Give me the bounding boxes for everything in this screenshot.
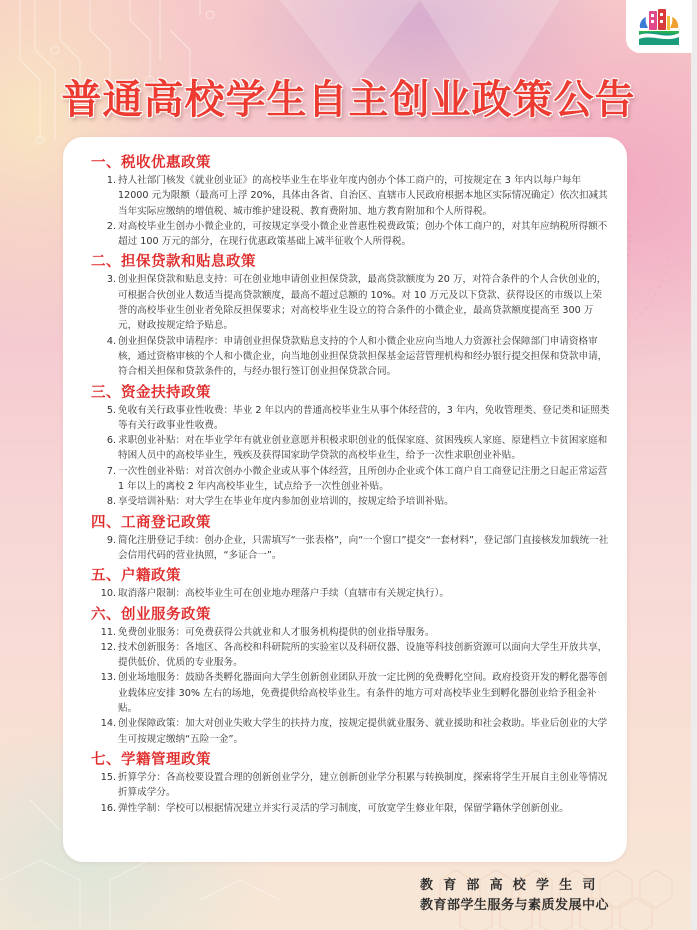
- policy-card: 一、税收优惠政策 1.持人社部门核发《就业创业证》的高校毕业生在毕业年度内创办个…: [63, 137, 627, 862]
- section-household: 五、户籍政策 10.取消落户限制：高校毕业生可在创业地办理落户手续（直辖市有关规…: [91, 568, 611, 601]
- item-number: 2.: [91, 219, 116, 234]
- section-registration: 四、工商登记政策 9.简化注册登记手续：创办企业，只需填写“一张表格”，向“一个…: [91, 515, 611, 564]
- section-tax: 一、税收优惠政策 1.持人社部门核发《就业创业证》的高校毕业生在毕业年度内创办个…: [91, 155, 611, 249]
- item-number: 12.: [91, 640, 116, 655]
- item-number: 15.: [91, 770, 116, 785]
- item-number: 5.: [91, 403, 116, 418]
- item-text: 技术创新服务：各地区、各高校和科研院所的实验室以及科研仪器、设施等科技创新资源可…: [118, 640, 611, 671]
- item-text: 取消落户限制：高校毕业生可在创业地办理落户手续（直辖市有关规定执行）。: [118, 586, 611, 601]
- list-item: 2.对高校毕业生创办小微企业的，可按规定享受小微企业普惠性税费政策；创办个体工商…: [91, 219, 611, 250]
- section-heading: 三、资金扶持政策: [91, 385, 611, 402]
- item-number: 10.: [91, 586, 116, 601]
- item-number: 14.: [91, 716, 116, 731]
- item-text: 简化注册登记手续：创办企业，只需填写“一张表格”，向“一个窗口”提交“一套材料”…: [118, 533, 611, 564]
- section-heading: 七、学籍管理政策: [91, 752, 611, 769]
- item-number: 8.: [91, 494, 116, 509]
- list-item: 16.弹性学制：学校可以根据情况建立并实行灵活的学习制度，可放宽学生修业年限，保…: [91, 801, 611, 816]
- section-heading: 五、户籍政策: [91, 568, 611, 585]
- item-text: 弹性学制：学校可以根据情况建立并实行灵活的学习制度，可放宽学生修业年限，保留学籍…: [118, 801, 611, 816]
- list-item: 13.创业场地服务：鼓励各类孵化器面向大学生创新创业团队开放一定比例的免费孵化空…: [91, 670, 611, 716]
- item-number: 13.: [91, 670, 116, 685]
- list-item: 15.折算学分：各高校要设置合理的创新创业学分，建立创新创业学分积累与转换制度，…: [91, 770, 611, 801]
- item-number: 1.: [91, 173, 116, 188]
- item-number: 16.: [91, 801, 116, 816]
- list-item: 4.创业担保贷款申请程序：申请创业担保贷款贴息支持的个人和小微企业应向当地人力资…: [91, 334, 611, 380]
- list-item: 9.简化注册登记手续：创办企业，只需填写“一张表格”，向“一个窗口”提交“一套材…: [91, 533, 611, 564]
- item-number: 6.: [91, 433, 116, 448]
- logo-badge: [626, 0, 692, 53]
- item-number: 3.: [91, 272, 116, 287]
- item-number: 4.: [91, 334, 116, 349]
- item-text: 持人社部门核发《就业创业证》的高校毕业生在毕业年度内创办个体工商户的，可按规定在…: [118, 173, 611, 219]
- list-item: 5.免收有关行政事业性收费：毕业 2 年以内的普通高校毕业生从事个体经营的，3 …: [91, 403, 611, 434]
- item-number: 11.: [91, 625, 116, 640]
- section-heading: 二、担保贷款和贴息政策: [91, 254, 611, 271]
- section-services: 六、创业服务政策 11.免费创业服务：可免费获得公共就业和人才服务机构提供的创业…: [91, 607, 611, 747]
- right-edge-strip: [691, 0, 697, 930]
- section-loan: 二、担保贷款和贴息政策 3.创业担保贷款和贴息支持：可在创业地申请创业担保贷款，…: [91, 254, 611, 379]
- page-title: 普通高校学生自主创业政策公告: [0, 68, 697, 125]
- issuer-footer: 教育部高校学生司 教育部学生服务与素质发展中心: [420, 876, 650, 916]
- item-number: 7.: [91, 464, 116, 479]
- item-text: 创业担保贷款和贴息支持：可在创业地申请创业担保贷款，最高贷款额度为 20 万，对…: [118, 272, 611, 333]
- education-logo-icon: [637, 8, 681, 46]
- list-item: 7.一次性创业补贴：对首次创办小微企业或从事个体经营，且所创办企业或个体工商户自…: [91, 464, 611, 495]
- list-item: 12.技术创新服务：各地区、各高校和科研院所的实验室以及科研仪器、设施等科技创新…: [91, 640, 611, 671]
- item-text: 折算学分：各高校要设置合理的创新创业学分，建立创新创业学分积累与转换制度，探索将…: [118, 770, 611, 801]
- list-item: 11.免费创业服务：可免费获得公共就业和人才服务机构提供的创业指导服务。: [91, 625, 611, 640]
- section-funding: 三、资金扶持政策 5.免收有关行政事业性收费：毕业 2 年以内的普通高校毕业生从…: [91, 385, 611, 510]
- list-item: 10.取消落户限制：高校毕业生可在创业地办理落户手续（直辖市有关规定执行）。: [91, 586, 611, 601]
- list-item: 8.享受培训补贴：对大学生在毕业年度内参加创业培训的，按规定给予培训补贴。: [91, 494, 611, 509]
- policy-content: 一、税收优惠政策 1.持人社部门核发《就业创业证》的高校毕业生在毕业年度内创办个…: [91, 155, 611, 821]
- section-heading: 六、创业服务政策: [91, 607, 611, 624]
- item-text: 对高校毕业生创办小微企业的，可按规定享受小微企业普惠性税费政策；创办个体工商户的…: [118, 219, 611, 250]
- section-heading: 一、税收优惠政策: [91, 155, 611, 172]
- section-heading: 四、工商登记政策: [91, 515, 611, 532]
- item-text: 一次性创业补贴：对首次创办小微企业或从事个体经营，且所创办企业或个体工商户自工商…: [118, 464, 611, 495]
- item-text: 创业场地服务：鼓励各类孵化器面向大学生创新创业团队开放一定比例的免费孵化空间。政…: [118, 670, 611, 716]
- list-item: 14.创业保障政策：加大对创业失败大学生的扶持力度，按规定提供就业服务、就业援助…: [91, 716, 611, 747]
- item-text: 享受培训补贴：对大学生在毕业年度内参加创业培训的，按规定给予培训补贴。: [118, 494, 611, 509]
- item-number: 9.: [91, 533, 116, 548]
- list-item: 3.创业担保贷款和贴息支持：可在创业地申请创业担保贷款，最高贷款额度为 20 万…: [91, 272, 611, 333]
- item-text: 创业担保贷款申请程序：申请创业担保贷款贴息支持的个人和小微企业应向当地人力资源社…: [118, 334, 611, 380]
- issuer-primary: 教育部高校学生司: [420, 876, 650, 896]
- item-text: 免收有关行政事业性收费：毕业 2 年以内的普通高校毕业生从事个体经营的，3 年内…: [118, 403, 611, 434]
- item-text: 创业保障政策：加大对创业失败大学生的扶持力度，按规定提供就业服务、就业援助和社会…: [118, 716, 611, 747]
- list-item: 6.求职创业补贴：对在毕业学年有就业创业意愿并积极求职创业的低保家庭、贫困残疾人…: [91, 433, 611, 464]
- list-item: 1.持人社部门核发《就业创业证》的高校毕业生在毕业年度内创办个体工商户的，可按规…: [91, 173, 611, 219]
- issuer-secondary: 教育部学生服务与素质发展中心: [420, 896, 650, 916]
- item-text: 求职创业补贴：对在毕业学年有就业创业意愿并积极求职创业的低保家庭、贫困残疾人家庭…: [118, 433, 611, 464]
- section-enrollment: 七、学籍管理政策 15.折算学分：各高校要设置合理的创新创业学分，建立创新创业学…: [91, 752, 611, 816]
- item-text: 免费创业服务：可免费获得公共就业和人才服务机构提供的创业指导服务。: [118, 625, 611, 640]
